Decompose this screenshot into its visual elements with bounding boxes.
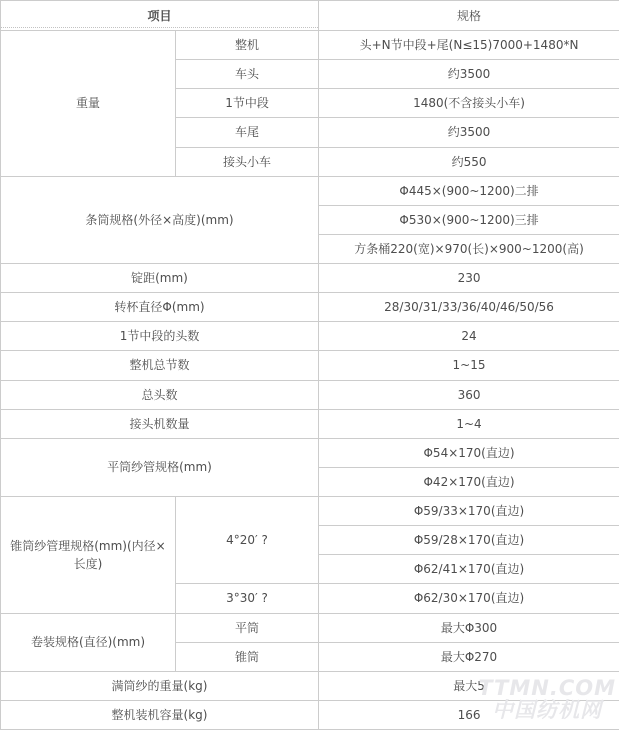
sub-label-cell: 平筒 [176,613,319,642]
value-cell: Φ59/28×170(直边) [319,526,619,555]
value-cell: 166 [319,700,619,729]
value-cell: 1~15 [319,351,619,380]
sub-label-cell: 接头小车 [176,147,319,176]
group-label-cell: 整机总节数 [1,351,319,380]
column-header-item: 项目 [1,1,319,31]
table-row: 满筒纱的重量(kg) 最大5 [1,671,619,700]
table-row: 整机总节数 1~15 [1,351,619,380]
group-label-cell: 平筒纱管规格(mm) [1,438,319,496]
value-cell: 最大5 [319,671,619,700]
value-cell: 230 [319,264,619,293]
sub-label-cell: 锥筒 [176,642,319,671]
spec-table: 项目 规格 重量 整机 头+N节中段+尾(N≤15)7000+1480*N 车头… [0,0,619,730]
value-cell: 约3500 [319,118,619,147]
table-row: 接头机数量 1~4 [1,409,619,438]
group-label-cell: 总头数 [1,380,319,409]
value-cell: Φ42×170(直边) [319,467,619,496]
group-label-cell: 重量 [1,31,176,177]
table-row: 重量 整机 头+N节中段+尾(N≤15)7000+1480*N [1,31,619,60]
value-cell: Φ62/30×170(直边) [319,584,619,613]
value-cell: 24 [319,322,619,351]
group-label-cell: 锥筒纱管理规格(mm)(内径×长度) [1,497,176,614]
column-header-spec: 规格 [319,1,619,31]
group-label-cell: 整机装机容量(kg) [1,700,319,729]
table-row: 整机装机容量(kg) 166 [1,700,619,729]
value-cell: 1480(不含接头小车) [319,89,619,118]
table-row: 条筒规格(外径×高度)(mm) Φ445×(900~1200)二排 [1,176,619,205]
value-cell: Φ530×(900~1200)三排 [319,205,619,234]
value-cell: 约550 [319,147,619,176]
group-label-cell: 卷装规格(直径)(mm) [1,613,176,671]
sub-label-cell: 车头 [176,60,319,89]
group-label-cell: 接头机数量 [1,409,319,438]
sub-label-cell: 车尾 [176,118,319,147]
group-label-cell: 转杯直径Φ(mm) [1,293,319,322]
value-cell: Φ59/33×170(直边) [319,497,619,526]
value-cell: 方条桶220(宽)×970(长)×900~1200(高) [319,234,619,263]
table-row: 锭距(mm) 230 [1,264,619,293]
table-row: 平筒纱管规格(mm) Φ54×170(直边) [1,438,619,467]
table-row: 转杯直径Φ(mm) 28/30/31/33/36/40/46/50/56 [1,293,619,322]
header-row: 项目 规格 [1,1,619,31]
value-cell: 头+N节中段+尾(N≤15)7000+1480*N [319,31,619,60]
value-cell: Φ62/41×170(直边) [319,555,619,584]
value-cell: 最大Φ270 [319,642,619,671]
value-cell: Φ445×(900~1200)二排 [319,176,619,205]
table-row: 锥筒纱管理规格(mm)(内径×长度) 4°20′ ? Φ59/33×170(直边… [1,497,619,526]
spec-page: 项目 规格 重量 整机 头+N节中段+尾(N≤15)7000+1480*N 车头… [0,0,619,730]
group-label-cell: 锭距(mm) [1,264,319,293]
sub-label-cell: 4°20′ ? [176,497,319,584]
table-row: 1节中段的头数 24 [1,322,619,351]
table-row: 总头数 360 [1,380,619,409]
sub-label-cell: 1节中段 [176,89,319,118]
value-cell: 约3500 [319,60,619,89]
value-cell: 360 [319,380,619,409]
table-row: 卷装规格(直径)(mm) 平筒 最大Φ300 [1,613,619,642]
value-cell: 最大Φ300 [319,613,619,642]
group-label-cell: 1节中段的头数 [1,322,319,351]
group-label-cell: 满筒纱的重量(kg) [1,671,319,700]
value-cell: 1~4 [319,409,619,438]
group-label-cell: 条筒规格(外径×高度)(mm) [1,176,319,263]
sub-label-cell: 整机 [176,31,319,60]
value-cell: 28/30/31/33/36/40/46/50/56 [319,293,619,322]
value-cell: Φ54×170(直边) [319,438,619,467]
sub-label-cell: 3°30′ ? [176,584,319,613]
